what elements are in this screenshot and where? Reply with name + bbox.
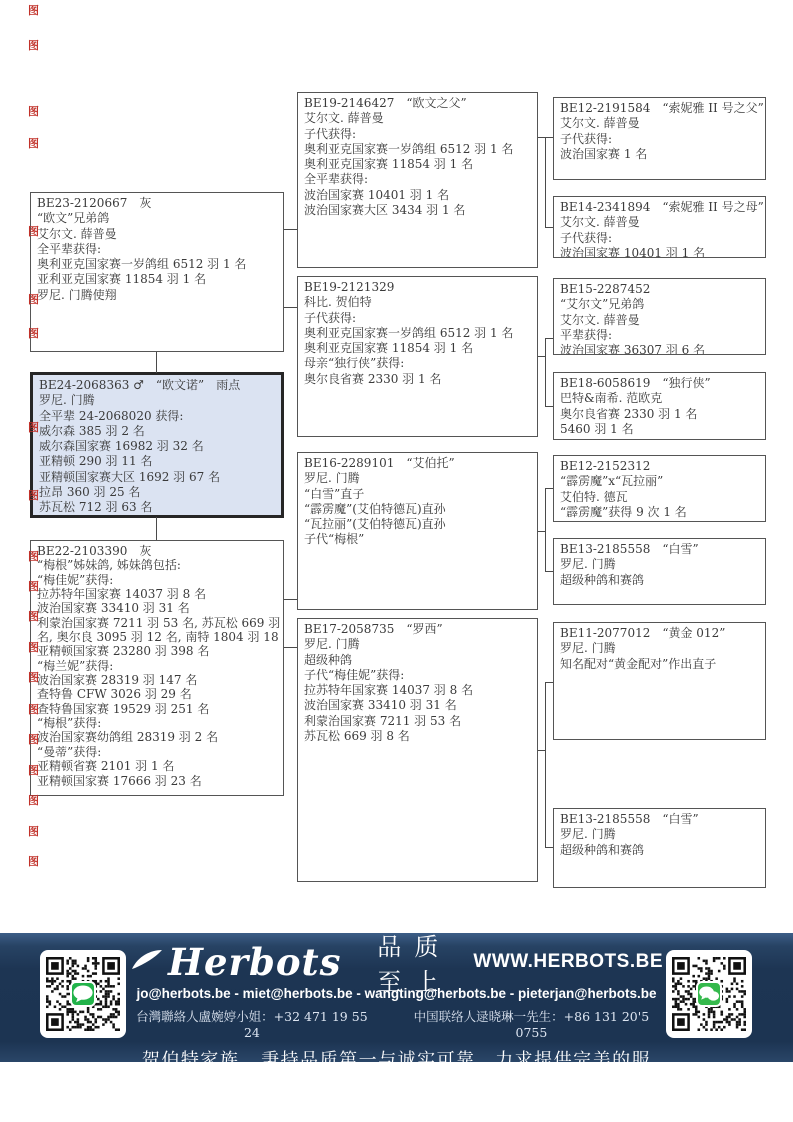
- red-marker-icon: 图: [28, 611, 39, 623]
- text-line: “艾尔文”兄弟鸽: [560, 297, 759, 312]
- text-line: BE15-2287452: [560, 282, 759, 297]
- text-line: 亚利亚克国家赛 11854 羽 1 名: [37, 272, 277, 287]
- red-marker-icon: 图: [28, 826, 39, 838]
- connector-line: [156, 352, 157, 373]
- text-line: “梅根”姊妹鸽, 姊妹鸽包括:: [37, 558, 277, 572]
- line-qr-code: [40, 950, 126, 1038]
- text-line: 艾尔文. 薛普曼: [560, 215, 759, 230]
- text-line: “欧文”兄弟鸽: [37, 211, 277, 226]
- text-line: 知名配对“黄金配对”作出直子: [560, 657, 759, 672]
- red-marker-icon: 图: [28, 5, 39, 17]
- text-line: 波治国家赛 1 名: [560, 147, 759, 162]
- pedigree-box-BE11-2077012: BE11-2077012 “黄金 012”罗尼. 门腾知名配对“黄金配对”作出直…: [553, 622, 766, 740]
- red-marker-icon: 图: [28, 551, 39, 563]
- text-line: 亚精顿国家赛 17666 羽 23 名: [37, 774, 277, 788]
- text-line: 苏瓦松 669 羽 8 名: [304, 729, 531, 744]
- text-line: BE22-2103390 灰: [37, 544, 277, 558]
- red-marker-icon: 图: [28, 106, 39, 118]
- connector-line: [545, 338, 553, 339]
- text-line: 超级种鸽和赛鸽: [560, 843, 759, 858]
- pedigree-box-BE13-2185558: BE13-2185558 “白雪”罗尼. 门腾超级种鸽和赛鸽: [553, 538, 766, 605]
- text-line: 利蒙治国家赛 7211 羽 53 名, 苏瓦松 669 羽 8: [37, 616, 277, 630]
- text-line: 波治国家赛幼鸽组 28319 羽 2 名: [37, 730, 277, 744]
- text-line: “白雪”直子: [304, 487, 531, 502]
- pedigree-box-BE15-2287452: BE15-2287452“艾尔文”兄弟鸽艾尔文. 薛普曼平辈获得:波治国家赛 3…: [553, 278, 766, 355]
- pedigree-box-BE14-2341894: BE14-2341894 “索妮雅 II 号之母”艾尔文. 薛普曼子代获得:波治…: [553, 196, 766, 258]
- text-line: “曼蒂”获得:: [37, 745, 277, 759]
- connector-line: [545, 137, 546, 228]
- text-line: BE19-2146427 “欧文之父”: [304, 96, 531, 111]
- website-url: WWW.HERBOTS.BE: [473, 951, 663, 973]
- text-line: 全平辈获得:: [37, 242, 277, 257]
- text-line: “瓦拉丽”(艾伯特德瓦)直孙: [304, 517, 531, 532]
- pedigree-box-BE17-2058735: BE17-2058735 “罗西”罗尼. 门腾超级种鸽子代“梅佳妮”获得:拉苏特…: [297, 618, 538, 882]
- text-line: 超级种鸽: [304, 653, 531, 668]
- red-marker-icon: 图: [28, 490, 39, 502]
- text-line: 奥尔良省赛 2330 羽 1 名: [304, 372, 531, 387]
- text-line: 波治国家赛 33410 羽 31 名: [304, 698, 531, 713]
- line-icon: [70, 981, 96, 1007]
- text-line: 科比. 贺伯特: [304, 295, 531, 310]
- red-marker-icon: 图: [28, 642, 39, 654]
- text-line: 苏瓦松 712 羽 63 名: [39, 500, 275, 515]
- text-line: BE16-2289101 “艾伯托”: [304, 456, 531, 471]
- text-line: 罗尼. 门腾: [304, 471, 531, 486]
- text-line: 超级种鸽和赛鸽: [560, 573, 759, 588]
- text-line: 艾伯特. 德瓦: [560, 490, 759, 505]
- red-marker-icon: 图: [28, 856, 39, 868]
- text-line: BE13-2185558 “白雪”: [560, 812, 759, 827]
- text-line: BE19-2121329: [304, 280, 531, 295]
- text-line: 查特鲁国家赛 19529 羽 251 名: [37, 702, 277, 716]
- text-line: 奥尔良省赛 2330 羽 1 名: [560, 407, 759, 422]
- red-marker-icon: 图: [28, 294, 39, 306]
- red-marker-icon: 图: [28, 795, 39, 807]
- footer-brand-row: Herbots 品质至上 WWW.HERBOTS.BE: [130, 939, 663, 985]
- text-line: 奥利亚克国家赛一岁鸽组 6512 羽 1 名: [304, 142, 531, 157]
- connector-line: [545, 488, 546, 572]
- connector-line: [284, 647, 297, 648]
- text-line: 威尔森 385 羽 2 名: [39, 424, 275, 439]
- text-line: 亚精顿省赛 2101 羽 1 名: [37, 759, 277, 773]
- pedigree-box-BE24-2068363-subject: BE24-2068363 ♂ “欧文诺” 雨点罗尼. 门腾全平辈 24-2068…: [30, 372, 284, 518]
- text-line: 奥利亚克国家赛一岁鸽组 6512 羽 1 名: [37, 257, 277, 272]
- text-line: 波治国家赛 10401 羽 1 名: [304, 188, 531, 203]
- text-line: 子代获得:: [304, 311, 531, 326]
- connector-line: [545, 338, 546, 407]
- text-line: 平辈获得:: [560, 328, 759, 343]
- contact-taiwan: 台灣聯絡人盧婉婷小姐：+32 471 19 55 24: [130, 1007, 374, 1040]
- text-line: 罗尼. 门腾: [560, 827, 759, 842]
- pedigree-box-BE22-2103390: BE22-2103390 灰“梅根”姊妹鸽, 姊妹鸽包括:“梅佳妮”获得:拉苏特…: [30, 540, 284, 796]
- connector-line: [284, 307, 297, 308]
- red-marker-icon: 图: [28, 672, 39, 684]
- text-line: “梅根”获得:: [37, 716, 277, 730]
- pedigree-box-BE23-2120667: BE23-2120667 灰“欧文”兄弟鸽艾尔文. 薛普曼全平辈获得:奥利亚克国…: [30, 192, 284, 352]
- text-line: 母亲“独行侠”获得:: [304, 356, 531, 371]
- text-line: 亚精顿国家赛大区 1692 羽 67 名: [39, 470, 275, 485]
- text-line: BE17-2058735 “罗西”: [304, 622, 531, 637]
- text-line: 罗尼. 门腾使翔: [37, 288, 277, 303]
- text-line: 利蒙治国家赛 7211 羽 53 名: [304, 714, 531, 729]
- text-line: “霹雳魔”获得 9 次 1 名: [560, 505, 759, 520]
- pedigree-box-BE19-2121329: BE19-2121329科比. 贺伯特子代获得:奥利亚克国家赛一岁鸽组 6512…: [297, 276, 538, 437]
- text-line: 波治国家赛大区 3434 羽 1 名: [304, 203, 531, 218]
- text-line: 全平辈获得:: [304, 172, 531, 187]
- connector-line: [156, 517, 157, 540]
- footer-center: Herbots 品质至上 WWW.HERBOTS.BE jo@herbots.b…: [130, 939, 663, 1098]
- text-line: 拉苏特年国家赛 14037 羽 8 名: [304, 683, 531, 698]
- text-line: 威尔森国家赛 16982 羽 32 名: [39, 439, 275, 454]
- text-line: 奥利亚克国家赛 11854 羽 1 名: [304, 157, 531, 172]
- pedigree-box-BE16-2289101: BE16-2289101 “艾伯托”罗尼. 门腾“白雪”直子“霹雳魔”(艾伯特德…: [297, 452, 538, 610]
- text-line: 子代获得:: [304, 127, 531, 142]
- text-line: BE18-6058619 “独行侠”: [560, 376, 759, 391]
- connector-line: [545, 488, 553, 489]
- pedigree-box-BE19-2146427: BE19-2146427 “欧文之父”艾尔文. 薛普曼子代获得:奥利亚克国家赛一…: [297, 92, 538, 268]
- text-line: 5460 羽 1 名: [560, 422, 759, 437]
- footer-contacts: 台灣聯絡人盧婉婷小姐：+32 471 19 55 24 中国联络人逯晓琳一先生：…: [130, 1007, 663, 1040]
- red-marker-icon: 图: [28, 226, 39, 238]
- pedigree-document-page: BE23-2120667 灰“欧文”兄弟鸽艾尔文. 薛普曼全平辈获得:奥利亚克国…: [0, 0, 793, 1122]
- text-line: 奥利亚克国家赛一岁鸽组 6512 羽 1 名: [304, 326, 531, 341]
- red-marker-icon: 图: [28, 328, 39, 340]
- text-line: 罗尼. 门腾: [304, 637, 531, 652]
- connector-line: [545, 227, 553, 228]
- text-line: 艾尔文. 薛普曼: [37, 227, 277, 242]
- pedigree-box-BE18-6058619: BE18-6058619 “独行侠”巴特&南希. 范欧克奥尔良省赛 2330 羽…: [553, 372, 766, 440]
- text-line: BE12-2191584 “索妮雅 II 号之父”: [560, 101, 759, 116]
- text-line: BE24-2068363 ♂ “欧文诺” 雨点: [39, 378, 275, 393]
- text-line: 名, 奥尔良 3095 羽 12 名, 南特 1804 羽 18 名: [37, 630, 277, 644]
- red-marker-icon: 图: [28, 138, 39, 150]
- wechat-qr-code: [666, 950, 752, 1038]
- text-line: 子代获得:: [560, 132, 759, 147]
- text-line: 罗尼. 门腾: [39, 393, 275, 408]
- text-line: 波治国家赛 33410 羽 31 名: [37, 601, 277, 615]
- text-line: 波治国家赛 10401 羽 1 名: [560, 246, 759, 258]
- herbots-logo: Herbots: [168, 940, 341, 984]
- text-line: 艾尔文. 薛普曼: [560, 116, 759, 131]
- text-line: 查特鲁 CFW 3026 羽 29 名: [37, 687, 277, 701]
- text-line: 子代“梅佳妮”获得:: [304, 668, 531, 683]
- text-line: 罗尼. 门腾: [560, 557, 759, 572]
- red-marker-icon: 图: [28, 704, 39, 716]
- text-line: 奥利亚克国家赛 11854 羽 1 名: [304, 341, 531, 356]
- contact-china: 中国联络人逯晓琳一先生：+86 131 20'5 0755: [400, 1007, 663, 1040]
- text-line: “霹雳魔”(艾伯特德瓦)直孙: [304, 502, 531, 517]
- text-line: “霹雳魔”x“瓦拉丽”: [560, 474, 759, 489]
- footer-emails: jo@herbots.be - miet@herbots.be - wangti…: [130, 986, 663, 1001]
- text-line: 艾尔文. 薛普曼: [560, 313, 759, 328]
- text-line: BE14-2341894 “索妮雅 II 号之母”: [560, 200, 759, 215]
- pedigree-box-BE13-2185558-2: BE13-2185558 “白雪”罗尼. 门腾超级种鸽和赛鸽: [553, 808, 766, 888]
- connector-line: [545, 137, 553, 138]
- footer: Herbots 品质至上 WWW.HERBOTS.BE jo@herbots.b…: [0, 933, 793, 1062]
- red-marker-icon: 图: [28, 765, 39, 777]
- red-marker-icon: 图: [28, 734, 39, 746]
- text-line: 艾尔文. 薛普曼: [304, 111, 531, 126]
- footer-tagline: 贺伯特家族...秉持品质第一与诚实可靠，力求提供完美的服务！: [130, 1046, 663, 1098]
- connector-line: [545, 682, 553, 683]
- text-line: BE12-2152312: [560, 459, 759, 474]
- connector-line: [284, 599, 297, 600]
- text-line: 波治国家赛 28319 羽 147 名: [37, 673, 277, 687]
- text-line: 亚精顿国家赛 23280 羽 398 名: [37, 644, 277, 658]
- text-line: “梅兰妮”获得:: [37, 659, 277, 673]
- red-marker-icon: 图: [28, 40, 39, 52]
- pedigree-box-BE12-2152312: BE12-2152312“霹雳魔”x“瓦拉丽”艾伯特. 德瓦“霹雳魔”获得 9 …: [553, 455, 766, 522]
- pedigree-box-BE12-2191584: BE12-2191584 “索妮雅 II 号之父”艾尔文. 薛普曼子代获得:波治…: [553, 97, 766, 180]
- text-line: BE23-2120667 灰: [37, 196, 277, 211]
- text-line: BE13-2185558 “白雪”: [560, 542, 759, 557]
- text-line: 拉苏特年国家赛 14037 羽 8 名: [37, 587, 277, 601]
- text-line: “梅佳妮”获得:: [37, 573, 277, 587]
- text-line: 子代“梅根”: [304, 532, 531, 547]
- text-line: 子代获得:: [560, 231, 759, 246]
- text-line: 波治国家赛 36307 羽 6 名: [560, 343, 759, 355]
- red-marker-icon: 图: [28, 581, 39, 593]
- connector-line: [545, 847, 553, 848]
- text-line: 亚精顿 290 羽 11 名: [39, 454, 275, 469]
- feather-icon: [130, 948, 164, 976]
- text-line: 全平辈 24-2068020 获得:: [39, 409, 275, 424]
- text-line: 拉昂 360 羽 25 名: [39, 485, 275, 500]
- wechat-icon: [696, 981, 722, 1007]
- connector-line: [545, 406, 553, 407]
- text-line: BE11-2077012 “黄金 012”: [560, 626, 759, 641]
- connector-line: [545, 571, 553, 572]
- text-line: 巴特&南希. 范欧克: [560, 391, 759, 406]
- red-marker-icon: 图: [28, 422, 39, 434]
- connector-line: [545, 682, 546, 848]
- text-line: 罗尼. 门腾: [560, 641, 759, 656]
- connector-line: [284, 229, 297, 230]
